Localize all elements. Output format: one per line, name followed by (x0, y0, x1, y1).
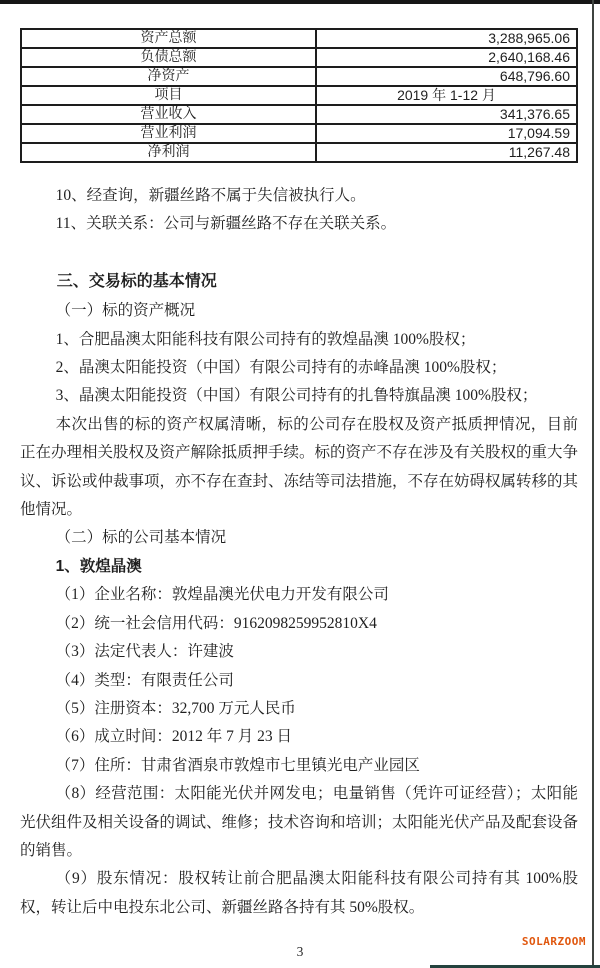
list-item: （8）经营范围：太阳能光伏并网发电；电量销售（凭许可证经营）；太阳能光伏组件及相… (20, 780, 578, 865)
company-heading: 1、敦煌晶澳 (20, 553, 578, 581)
row-label: 营业收入 (21, 105, 316, 124)
list-item: （4）类型：有限责任公司 (20, 667, 578, 695)
row-label: 项目 (21, 86, 316, 105)
table-row: 净利润 11,267.48 (21, 143, 577, 162)
document-body: 10、经查询，新疆丝路不属于失信被执行人。 11、关联关系：公司与新疆丝路不存在… (20, 182, 578, 922)
document-page: 资产总额 3,288,965.06 负债总额 2,640,168.46 净资产 … (0, 0, 600, 968)
section-heading: 三、交易标的基本情况 (20, 268, 578, 296)
page-number: 3 (0, 944, 600, 960)
row-label: 净利润 (21, 143, 316, 162)
table-row: 资产总额 3,288,965.06 (21, 29, 577, 48)
list-item: 3、晶澳太阳能投资（中国）有限公司持有的扎鲁特旗晶澳 100%股权； (20, 382, 578, 410)
table-row: 负债总额 2,640,168.46 (21, 48, 577, 67)
list-item: （2）统一社会信用代码：9162098259952810X4 (20, 610, 578, 638)
table-row: 项目 2019 年 1-12 月 (21, 86, 577, 105)
table-row: 营业收入 341,376.65 (21, 105, 577, 124)
paragraph: 本次出售的标的资产权属清晰，标的公司存在股权及资产抵质押情况，目前正在办理相关股… (20, 411, 578, 525)
row-label: 资产总额 (21, 29, 316, 48)
table-row: 净资产 648,796.60 (21, 67, 577, 86)
row-value: 3,288,965.06 (316, 29, 577, 48)
list-item: （5）注册资本：32,700 万元人民币 (20, 695, 578, 723)
financial-summary-table: 资产总额 3,288,965.06 负债总额 2,640,168.46 净资产 … (20, 28, 578, 163)
sub-section-heading: （二）标的公司基本情况 (20, 524, 578, 552)
row-value: 341,376.65 (316, 105, 577, 124)
row-value: 2,640,168.46 (316, 48, 577, 67)
list-item: （9）股东情况：股权转让前合肥晶澳太阳能科技有限公司持有其 100%股权，转让后… (20, 865, 578, 922)
list-item: （1）企业名称：敦煌晶澳光伏电力开发有限公司 (20, 581, 578, 609)
list-item: 2、晶澳太阳能投资（中国）有限公司持有的赤峰晶澳 100%股权； (20, 354, 578, 382)
row-value: 648,796.60 (316, 67, 577, 86)
row-value: 17,094.59 (316, 124, 577, 143)
row-label: 净资产 (21, 67, 316, 86)
table-row: 营业利润 17,094.59 (21, 124, 577, 143)
paragraph: 11、关联关系：公司与新疆丝路不存在关联关系。 (20, 210, 578, 238)
list-item: （6）成立时间：2012 年 7 月 23 日 (20, 723, 578, 751)
scan-edge-right (592, 0, 594, 968)
list-item: 1、合肥晶澳太阳能科技有限公司持有的敦煌晶澳 100%股权； (20, 326, 578, 354)
list-item: （3）法定代表人：许建波 (20, 638, 578, 666)
row-label: 营业利润 (21, 124, 316, 143)
sub-section-heading: （一）标的资产概况 (20, 297, 578, 325)
row-value: 11,267.48 (316, 143, 577, 162)
row-label: 负债总额 (21, 48, 316, 67)
row-value: 2019 年 1-12 月 (316, 86, 577, 105)
list-item: （7）住所：甘肃省酒泉市敦煌市七里镇光电产业园区 (20, 752, 578, 780)
paragraph: 10、经查询，新疆丝路不属于失信被执行人。 (20, 182, 578, 210)
scan-edge-top (0, 0, 600, 4)
